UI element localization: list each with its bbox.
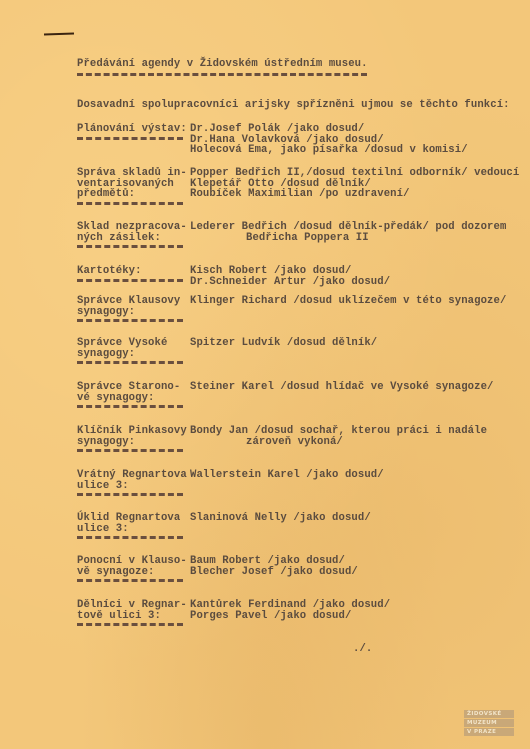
section-label-line: Vrátný Regnartova	[77, 470, 191, 481]
intro-text: Dosavadní spolupracovníci arijsky spřízn…	[77, 100, 510, 111]
section-label-line: Správa skladů in-	[77, 168, 191, 179]
label-underline	[77, 493, 183, 496]
section-label: Správce Vysokésynagogy:	[77, 338, 191, 359]
section-label-line: ných zásilek:	[77, 233, 191, 244]
section-label-line: Správce Klausovy	[77, 296, 191, 307]
label-underline	[77, 579, 183, 582]
section-label-line: synagogy:	[77, 307, 191, 318]
section-label: Plánování výstav:	[77, 124, 191, 135]
section-label: Správce Klausovysynagogy:	[77, 296, 191, 317]
section-label-line: tově ulici 3:	[77, 611, 191, 622]
label-underline	[77, 137, 183, 140]
person-entry: Dr.Josef Polák /jako dosud/	[190, 124, 468, 135]
section-label-line: vé synagogy:	[77, 393, 191, 404]
section-label-line: ulice 3:	[77, 524, 191, 535]
section-label-line: předmětů:	[77, 189, 191, 200]
section-label-line: Úklid Regnartova	[77, 513, 191, 524]
section-label-line: ulice 3:	[77, 481, 191, 492]
stamp-line: MUZEUM	[464, 719, 514, 727]
section-label-line: synagogy:	[77, 437, 191, 448]
section-entries: Spitzer Ludvík /dosud dělník/	[190, 338, 377, 349]
section-entries: Kisch Robert /jako dosud/Dr.Schneider Ar…	[190, 266, 390, 287]
section-label: Sklad nezpracova-ných zásilek:	[77, 222, 191, 243]
continuation-mark: ./.	[353, 644, 372, 655]
person-entry: Kisch Robert /jako dosud/	[190, 266, 390, 277]
label-underline	[77, 536, 183, 539]
museum-stamp: ŽIDOVSKÉ MUZEUM V PRAZE	[464, 710, 514, 736]
section-label-line: Sklad nezpracova-	[77, 222, 191, 233]
section-label-line: Správce Vysoké	[77, 338, 191, 349]
person-entry: Popper Bedřich II,/dosud textilní odborn…	[190, 168, 519, 179]
section-entries: Bondy Jan /dosud sochař, kterou práci i …	[190, 426, 487, 447]
label-underline	[77, 405, 183, 408]
section-entries: Slaninová Nelly /jako dosud/	[190, 513, 371, 524]
section-label-line: Dělníci v Regnar-	[77, 600, 191, 611]
label-underline	[77, 623, 183, 626]
section-entries: Kantůrek Ferdinand /jako dosud/Porges Pa…	[190, 600, 390, 621]
section-label: Úklid Regnartovaulice 3:	[77, 513, 191, 534]
section-label-line: Klíčník Pinkasovy	[77, 426, 191, 437]
label-underline	[77, 361, 183, 364]
label-underline	[77, 279, 183, 282]
person-entry: Holecová Ema, jako písařka /dosud v komi…	[190, 145, 468, 156]
person-entry: Lederer Bedřich /dosud dělník-předák/ po…	[190, 222, 506, 233]
section-label-line: Ponocní v Klauso-	[77, 556, 191, 567]
person-entry: Wallerstein Karel /jako dosud/	[190, 470, 384, 481]
document-title: Předávání agendy v Židovském ústředním m…	[77, 59, 368, 70]
title-underline	[77, 73, 367, 76]
document-page: Předávání agendy v Židovském ústředním m…	[0, 0, 530, 749]
label-underline	[77, 319, 183, 322]
person-entry: Blecher Josef /jako dosud/	[190, 567, 358, 578]
person-entry: Steiner Karel /dosud hlídač ve Vysoké sy…	[190, 382, 494, 393]
section-entries: Baum Robert /jako dosud/Blecher Josef /j…	[190, 556, 358, 577]
section-label-line: vě synagoze:	[77, 567, 191, 578]
section-entries: Steiner Karel /dosud hlídač ve Vysoké sy…	[190, 382, 494, 393]
section-entries: Popper Bedřich II,/dosud textilní odborn…	[190, 168, 519, 200]
person-entry: Klinger Richard /dosud uklízečem v této …	[190, 296, 506, 307]
person-entry: Baum Robert /jako dosud/	[190, 556, 358, 567]
label-underline	[77, 245, 183, 248]
section-label-line: Kartotéky:	[77, 266, 191, 277]
person-entry: Bondy Jan /dosud sochař, kterou práci i …	[190, 426, 487, 437]
section-label: Klíčník Pinkasovysynagogy:	[77, 426, 191, 447]
section-label-line: Správce Starono-	[77, 382, 191, 393]
person-entry: Slaninová Nelly /jako dosud/	[190, 513, 371, 524]
person-entry: Roubíček Maximilian /po uzdravení/	[190, 189, 519, 200]
section-label: Správa skladů in-ventarisovanýchpředmětů…	[77, 168, 191, 200]
section-label-line: synagogy:	[77, 349, 191, 360]
ink-mark	[44, 32, 74, 35]
person-entry: zároveň vykoná/	[190, 437, 487, 448]
person-entry: Bedřicha Poppera II	[190, 233, 506, 244]
section-label: Vrátný Regnartovaulice 3:	[77, 470, 191, 491]
person-entry: Spitzer Ludvík /dosud dělník/	[190, 338, 377, 349]
section-label: Dělníci v Regnar-tově ulici 3:	[77, 600, 191, 621]
section-label: Správce Starono-vé synagogy:	[77, 382, 191, 403]
person-entry: Porges Pavel /jako dosud/	[190, 611, 390, 622]
label-underline	[77, 202, 183, 205]
section-label-line: Plánování výstav:	[77, 124, 191, 135]
label-underline	[77, 449, 183, 452]
person-entry: Kantůrek Ferdinand /jako dosud/	[190, 600, 390, 611]
stamp-line: V PRAZE	[464, 728, 514, 736]
section-label: Kartotéky:	[77, 266, 191, 277]
section-entries: Dr.Josef Polák /jako dosud/Dr.Hana Volav…	[190, 124, 468, 156]
person-entry: Dr.Schneider Artur /jako dosud/	[190, 277, 390, 288]
section-entries: Lederer Bedřich /dosud dělník-předák/ po…	[190, 222, 506, 243]
section-entries: Klinger Richard /dosud uklízečem v této …	[190, 296, 506, 307]
stamp-line: ŽIDOVSKÉ	[464, 710, 514, 718]
section-label: Ponocní v Klauso-vě synagoze:	[77, 556, 191, 577]
section-entries: Wallerstein Karel /jako dosud/	[190, 470, 384, 481]
